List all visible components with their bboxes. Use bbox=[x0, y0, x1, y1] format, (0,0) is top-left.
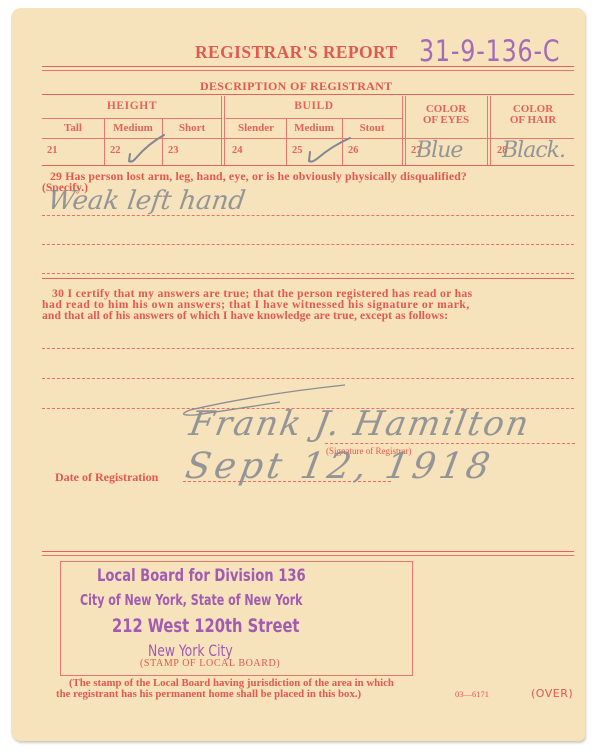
bottom-rule-top bbox=[42, 551, 574, 552]
group-divider bbox=[221, 96, 222, 165]
question-29-answer: Weak left hand bbox=[46, 186, 247, 216]
build-stout-header: Stout bbox=[342, 122, 402, 134]
col-divider bbox=[286, 119, 287, 165]
col-divider bbox=[104, 119, 105, 165]
group-divider bbox=[487, 96, 488, 165]
section-subtitle: DESCRIPTION OF REGISTRANT bbox=[200, 79, 392, 94]
height-medium-checkmark-icon bbox=[126, 132, 166, 164]
report-title: REGISTRAR'S REPORT bbox=[195, 42, 398, 63]
build-medium-header: Medium bbox=[286, 122, 342, 134]
bottom-rule-bottom bbox=[42, 555, 574, 556]
serial-number-stamp: 31-9-136-C bbox=[419, 34, 560, 68]
field-number-25: 25 bbox=[292, 145, 303, 156]
build-medium-checkmark-icon bbox=[306, 134, 352, 164]
form-number: 03—6171 bbox=[455, 689, 489, 699]
group-divider bbox=[490, 96, 491, 165]
hair-color-value: Black. bbox=[502, 138, 565, 163]
field-number-23: 23 bbox=[168, 145, 179, 156]
field-number-22: 22 bbox=[110, 145, 121, 156]
stamp-caption: (STAMP OF LOCAL BOARD) bbox=[140, 658, 280, 669]
height-group-header: HEIGHT bbox=[42, 100, 222, 112]
group-divider bbox=[405, 96, 406, 165]
stamp-line-2: City of New York, State of New York bbox=[80, 591, 303, 609]
date-of-registration-label: Date of Registration bbox=[55, 472, 158, 483]
group-divider bbox=[402, 96, 403, 165]
build-slender-header: Slender bbox=[226, 122, 286, 134]
height-subheader-rule bbox=[42, 118, 222, 119]
answer-line-1 bbox=[42, 215, 574, 216]
footer-note-line-2: the registrant has his permanent home sh… bbox=[56, 689, 361, 700]
table-bottom-rule bbox=[42, 165, 574, 166]
question-30-line-3: and that all of his answers of which I h… bbox=[42, 310, 448, 321]
question-29-text: 29 Has person lost arm, leg, hand, eye, … bbox=[50, 171, 467, 182]
table-top-rule bbox=[42, 94, 574, 95]
group-divider bbox=[224, 96, 225, 165]
height-short-header: Short bbox=[162, 122, 222, 134]
build-subheader-rule bbox=[226, 118, 402, 119]
height-tall-header: Tall bbox=[42, 122, 104, 134]
date-of-registration-value: Sept 12, 1918 bbox=[182, 446, 496, 487]
header-rule-top bbox=[42, 66, 574, 67]
answer-line-2 bbox=[42, 244, 574, 245]
hair-color-header: COLOR OF HAIR bbox=[490, 104, 576, 126]
build-group-header: BUILD bbox=[226, 100, 402, 112]
exception-line-1 bbox=[42, 348, 574, 349]
over-label: (OVER) bbox=[531, 687, 573, 700]
section-rule bbox=[42, 278, 574, 279]
eye-color-header: COLOR OF EYES bbox=[404, 104, 488, 126]
registrar-signature: Frank J. Hamilton bbox=[186, 404, 533, 444]
field-number-21: 21 bbox=[47, 145, 58, 156]
field-number-24: 24 bbox=[232, 145, 243, 156]
signature-line bbox=[325, 443, 575, 444]
stamp-line-3: 212 West 120th Street bbox=[112, 615, 299, 637]
answer-line-3 bbox=[42, 273, 574, 274]
eye-color-value: Blue bbox=[416, 138, 462, 163]
stamp-line-1: Local Board for Division 136 bbox=[97, 566, 306, 586]
exception-line-2 bbox=[42, 378, 574, 379]
header-rule-bottom bbox=[42, 70, 574, 71]
